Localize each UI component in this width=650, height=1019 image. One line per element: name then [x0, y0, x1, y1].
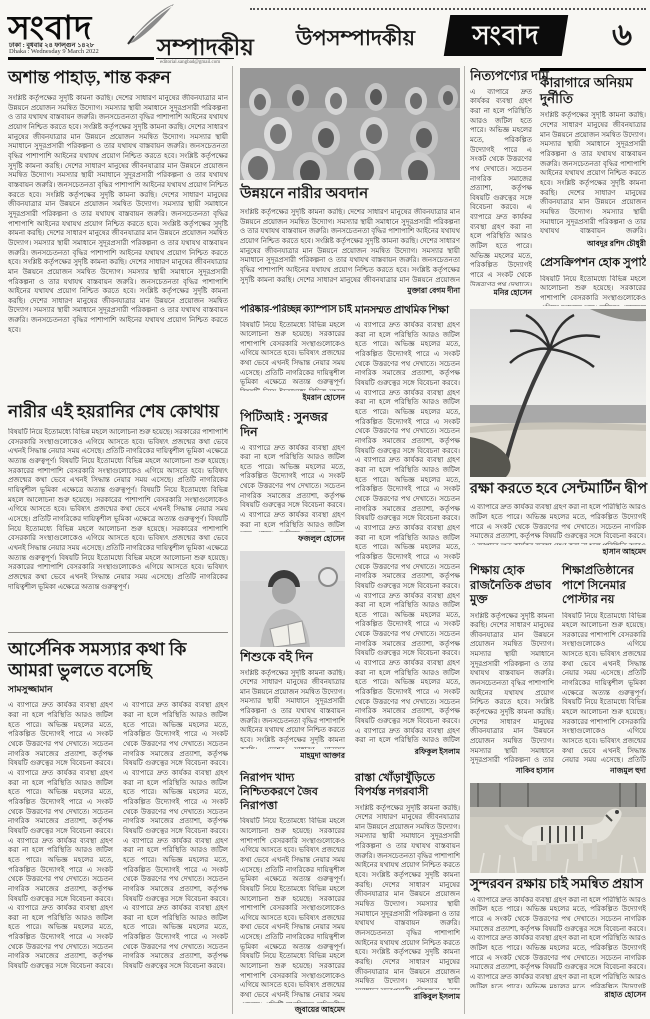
article-title: প্রেসক্রিপশন হোক সুপাঠ্য: [540, 256, 646, 270]
child-with-book-photo: [240, 551, 345, 647]
masthead-rule: [8, 57, 154, 60]
article-title: অশান্ত পাহাড়, শান্ত করুন: [8, 68, 228, 88]
article-unrest-hills: অশান্ত পাহাড়, শান্ত করুন সংশ্লিষ্ট কর্ত…: [8, 68, 228, 392]
byline: সামসুজ্জামান: [8, 682, 228, 697]
byline: ফজলুল হোসেন: [240, 534, 345, 546]
article-stmartin: রক্ষা করতে হবে সেন্টমার্টিন দ্বীপ এ ব্যা…: [470, 481, 646, 559]
article-body: বিষয়টি নিয়ে ইতোমধ্যে বিভিন্ন মহলে আলোচ…: [562, 612, 646, 764]
article-title: উন্নয়নে নারীর অবদান: [240, 185, 460, 203]
article-title: রাস্তা খোঁড়াখুঁড়িতে বিপর্যস্ত নগরবাসী: [355, 772, 460, 800]
women-crowd-photo: [240, 68, 460, 180]
article-title: নিরাপদ খাদ্য নিশ্চিতকরণে জৈব নিরাপত্তা: [240, 772, 345, 813]
article-title: সুন্দরবন রক্ষায় চাই সমন্বিত প্রয়াস: [470, 876, 646, 892]
byline: আবদুর রশিদ চৌধুরী: [540, 239, 646, 251]
section-bar: [540, 68, 646, 71]
column-rule-right: [464, 66, 465, 1014]
article-body: এ ব্যাপারে দ্রুত কার্যকর ব্যবস্থা গ্রহণ …: [470, 88, 532, 286]
article-jail-corruption: কারাগারে অনিয়ম দুর্নীতি সংশ্লিষ্ট কর্তৃ…: [540, 75, 646, 251]
article-body: সংশ্লিষ্ট কর্তৃপক্ষের সুদৃষ্টি কামনা করছ…: [355, 804, 460, 990]
article-body: এ ব্যাপারে দ্রুত কার্যকর ব্যবস্থা গ্রহণ …: [470, 503, 646, 545]
tiger-photo: [470, 783, 646, 873]
article-pti: পিটিআই : সুনজর দিন এ ব্যাপারে দ্রুত কার্…: [240, 410, 345, 546]
letters-subcolumn-right: কারাগারে অনিয়ম দুর্নীতি সংশ্লিষ্ট কর্তৃ…: [540, 68, 646, 306]
byline: ইমরান হোসেন: [240, 393, 345, 405]
article-title: পিটিআই : সুনজর দিন: [240, 410, 345, 440]
article-body: সংশ্লিষ্ট কর্তৃপক্ষের সুদৃষ্টি কামনা করছ…: [470, 612, 554, 764]
article-body: সংশ্লিষ্ট কর্তৃপক্ষের সুদৃষ্টি কামনা করছ…: [240, 669, 345, 749]
article-cinema-poster: শিক্ষাপ্রতিষ্ঠানের পাশে সিনেমার পোস্টার …: [562, 564, 646, 777]
beach-palm-photo: [470, 309, 646, 477]
article-body: বিষয়টি নিয়ে ইতোমধ্যে বিভিন্ন মহলে আলোচ…: [540, 275, 646, 306]
article-title: নারীর এই হয়রানির শেষ কোথায়: [8, 402, 228, 422]
newspaper-page: সংবাদ ঢাকা : বুধবার ২৪ ফাল্গুন ১৪২৮ Dhak…: [0, 0, 650, 1019]
article-women-development: উন্নয়নে নারীর অবদান সংশ্লিষ্ট কর্তৃপক্ষ…: [240, 185, 460, 298]
byline: রফিকুল ইসলাম: [355, 747, 460, 759]
article-body: সংশ্লিষ্ট কর্তৃপক্ষের সুদৃষ্টি কামনা করছ…: [240, 208, 460, 284]
column-rule-left: [232, 66, 233, 1014]
article-title: পরিষ্কার-পরিচ্ছন্ন ক্যাম্পাস চাই: [240, 304, 345, 317]
top-dotted-rule: [250, 8, 646, 10]
article-give-children-books: শিশুকে বই দিন সংশ্লিষ্ট কর্তৃপক্ষের সুদৃ…: [240, 650, 345, 763]
article-primary-education: মানসম্মত প্রাথমিক শিক্ষা এ ব্যাপারে দ্রু…: [355, 304, 460, 759]
byline: নাজমুল হুদা: [562, 766, 646, 778]
article-arsenic: আর্সেনিক সমস্যার কথা কি আমরা ভুলতে বসেছি…: [8, 639, 228, 985]
article-title: মানসম্মত প্রাথমিক শিক্ষা: [355, 304, 460, 317]
byline: মাহমুদা আক্তার: [240, 751, 345, 763]
article-clean-campus: পরিষ্কার-পরিচ্ছন্ন ক্যাম্পাস চাই বিষয়টি…: [240, 304, 345, 405]
byline: সাকিব হাসান: [470, 766, 554, 778]
nameplate-text: সংবাদ: [447, 15, 565, 56]
article-title: শিশুকে বই দিন: [240, 650, 345, 665]
article-women-harassment: নারীর এই হয়রানির শেষ কোথায় বিষয়টি নিয…: [8, 402, 228, 624]
byline: জুবায়ের আহমেদ: [240, 1005, 345, 1017]
byline: মুক্তারা বেগম দীনা: [240, 286, 460, 298]
oped-subcolumn-left: পরিষ্কার-পরিচ্ছন্ন ক্যাম্পাস চাই বিষয়টি…: [240, 304, 345, 764]
article-title: আর্সেনিক সমস্যার কথা কি আমরা ভুলতে বসেছি: [8, 639, 228, 680]
dateline-english: Dhaka : Wednesday 9 March 2022: [9, 48, 99, 55]
section-divider: [8, 632, 228, 633]
byline: মনির হোসেন: [470, 288, 532, 300]
article-sundarban: সুন্দরবন রক্ষায় চাই সমন্বিত প্রয়াস এ ব…: [470, 876, 646, 1002]
oped-subcolumn-right: মানসম্মত প্রাথমিক শিক্ষা এ ব্যাপারে দ্রু…: [355, 304, 460, 764]
article-commodity-prices: নিত্যপণ্যের দাম এ ব্যাপারে দ্রুত কার্যকর…: [470, 68, 532, 306]
article-body: সংশ্লিষ্ট কর্তৃপক্ষের সুদৃষ্টি কামনা করছ…: [8, 94, 228, 392]
article-body: সংশ্লিষ্ট কর্তৃপক্ষের সুদৃষ্টি কামনা করছ…: [540, 111, 646, 237]
letters-column: নিত্যপণ্যের দাম এ ব্যাপারে দ্রুত কার্যকর…: [470, 68, 646, 1002]
byline: হাসান আহমেদ: [470, 547, 646, 559]
page-number: ৬: [612, 11, 632, 63]
article-body: এ ব্যাপারে দ্রুত কার্যকর ব্যবস্থা গ্রহণ …: [470, 896, 646, 988]
article-title: রক্ষা করতে হবে সেন্টমার্টিন দ্বীপ: [470, 481, 646, 498]
article-road-digging: রাস্তা খোঁড়াখুঁড়িতে বিপর্যস্ত নগরবাসী …: [355, 772, 460, 1017]
editorial-column: অশান্ত পাহাড়, শান্ত করুন সংশ্লিষ্ট কর্ত…: [8, 68, 228, 985]
article-prescription: প্রেসক্রিপশন হোক সুপাঠ্য বিষয়টি নিয়ে ই…: [540, 256, 646, 306]
article-body: বিষয়টি নিয়ে ইতোমধ্যে বিভিন্ন মহলে আলোচ…: [8, 428, 228, 624]
section-label-oped: উপসম্পাদকীয়: [296, 22, 415, 57]
article-body: এ ব্যাপারে দ্রুত কার্যকর ব্যবস্থা গ্রহণ …: [240, 444, 345, 532]
article-title: কারাগারে অনিয়ম দুর্নীতি: [540, 75, 646, 107]
editorial-underline: [156, 58, 234, 59]
byline: রাকিবুল ইসলাম: [355, 992, 460, 1004]
article-body: বিষয়টি নিয়ে ইতোমধ্যে বিভিন্ন মহলে আলোচ…: [240, 321, 345, 391]
byline: রাহাত হোসেন: [470, 990, 646, 1002]
nameplate-box: সংবাদ: [444, 15, 568, 56]
editorial-email: editorial.sangbad@gmail.com: [160, 60, 220, 65]
article-body: এ ব্যাপারে দ্রুত কার্যকর ব্যবস্থা গ্রহণ …: [8, 701, 228, 985]
article-title: শিক্ষায় হোক রাজনৈতিক প্রভাব মুক্ত: [470, 564, 554, 607]
article-body: এ ব্যাপারে দ্রুত কার্যকর ব্যবস্থা গ্রহণ …: [355, 321, 460, 745]
oped-column: উন্নয়নে নারীর অবদান সংশ্লিষ্ট কর্তৃপক্ষ…: [240, 68, 460, 1017]
article-title: নিত্যপণ্যের দাম: [470, 68, 532, 84]
article-body: বিষয়টি নিয়ে ইতোমধ্যে বিভিন্ন মহলে আলোচ…: [240, 817, 345, 1003]
article-education-politics: শিক্ষায় হোক রাজনৈতিক প্রভাব মুক্ত সংশ্ল…: [470, 564, 554, 777]
article-title: শিক্ষাপ্রতিষ্ঠানের পাশে সিনেমার পোস্টার …: [562, 564, 646, 607]
article-safe-food: নিরাপদ খাদ্য নিশ্চিতকরণে জৈব নিরাপত্তা ব…: [240, 772, 345, 1017]
